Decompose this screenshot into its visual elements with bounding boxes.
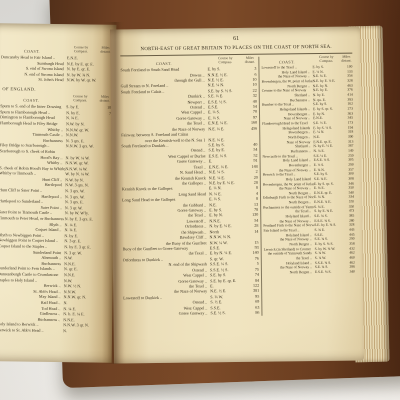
left-page-content: COAST. Course byCompass. Milesdistant. D… [0, 23, 116, 334]
col-header-course: Course byCompass. [312, 56, 340, 64]
col-header-course: Course byCompass. [207, 57, 243, 65]
table-row: St. John's HeadN.W. by W. qr. W. [1, 77, 112, 84]
col-header-coast: COAST. [0, 98, 62, 103]
course-cell: S.E. ½ S. [210, 310, 246, 316]
left-table-england: Spurn to S. end of the Inner DowsingS. b… [0, 103, 111, 334]
table-header: COAST. Course byCompass. Milesdistant. [1, 45, 112, 54]
course-cell: N. [63, 328, 99, 334]
col-header-coast: COAST. [120, 61, 207, 66]
col-header-course-line2: Compass. [62, 99, 98, 103]
col-header-course-line2: Compass. [312, 60, 340, 64]
miles-cell [99, 329, 108, 335]
place-cell: St. John's Head [1, 77, 67, 84]
course-cell: N.W. by W. qr. W. [67, 78, 103, 84]
col-header-course: Course byCompass. [63, 46, 99, 54]
miles-cell: 340 [343, 270, 355, 275]
col-header-miles: Milesdistant. [98, 96, 111, 104]
course-cell: E.S.E. ¾ S. [315, 270, 343, 275]
col-header-course-line2: Compass. [63, 50, 99, 54]
left-table-scotland: Duncansby Head to Fair Island ..E.N.E.Su… [1, 54, 112, 84]
right-page: 61 NORTH-EAST OF GREAT BRITAIN TO PLACES… [110, 26, 364, 363]
table-header: COAST. Course byCompass. Milesdistant. [0, 94, 111, 103]
page-number: 61 [120, 35, 352, 45]
col-header-miles: Milesdistant. [243, 57, 256, 65]
col-header-miles: Milesdistant. [340, 56, 352, 64]
col-header-course-line2: Compass. [207, 61, 243, 65]
col-header-miles-line2: distant. [243, 61, 256, 65]
col-header-miles-line2: distant. [340, 59, 352, 63]
col-header-course: Course byCompass. [62, 95, 98, 103]
miles-cell: 86 [246, 310, 259, 316]
table-row: North Bergen ..E.S.E. ¾ S.340 [264, 270, 355, 276]
col-header-coast: COAST. [1, 49, 63, 54]
right-table-column1: South Foreland to South Sand HeadE. by S… [120, 66, 259, 317]
right-page-content: 61 NORTH-EAST OF GREAT BRITAIN TO PLACES… [110, 26, 363, 317]
right-page-column-2: COAST. Course byCompass. Milesdistant. L… [261, 56, 355, 316]
book-photo: COAST. Course byCompass. Milesdistant. D… [0, 0, 400, 400]
table-header: COAST. Course byCompass. Milesdistant. [120, 57, 256, 66]
two-column-table: COAST. Course byCompass. Milesdistant. S… [120, 56, 355, 317]
left-page: COAST. Course byCompass. Milesdistant. D… [0, 23, 116, 363]
section-heading: OF ENGLAND. [2, 86, 111, 93]
right-table-column2: Lowestoff to the Texel ..E. by S.100Holy… [261, 65, 355, 276]
table-row: Goree Gateway ..S.E. ½ S.86 [123, 310, 259, 317]
col-header-miles-line2: distant. [98, 99, 111, 103]
place-cell: North Bergen .. [264, 270, 315, 275]
place-cell: Berwick to St. Abb's Head .. [0, 327, 63, 334]
right-page-column-1: COAST. Course byCompass. Milesdistant. S… [120, 57, 259, 317]
table-header: COAST. Course byCompass. Milesdistant. [261, 56, 352, 65]
place-cell: Goree Gateway .. [123, 310, 210, 316]
table-row: Berwick to St. Abb's Head ..N. [0, 327, 108, 334]
col-header-coast: COAST. [261, 60, 312, 64]
